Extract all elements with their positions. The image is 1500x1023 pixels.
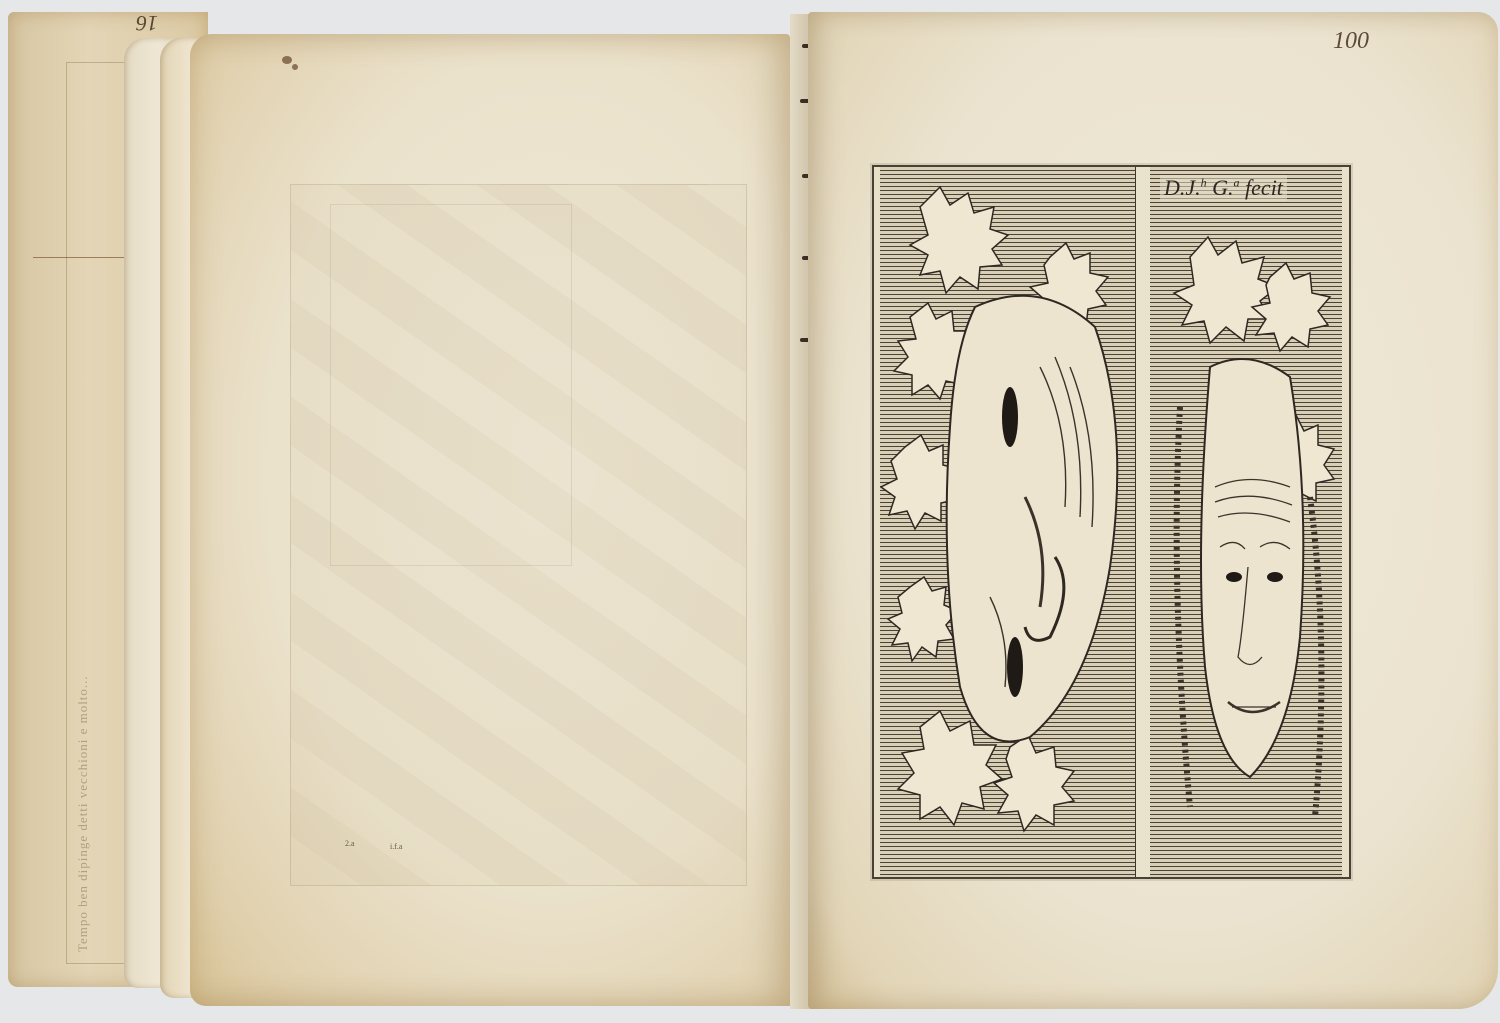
signature-superscript: a <box>1234 176 1240 190</box>
plate-mark: i.f.a <box>390 842 402 851</box>
handwritten-page-number-right: 100 <box>1333 28 1369 55</box>
right-panel-smiling-face: D.J.h G.a fecit <box>1150 167 1342 877</box>
plate-mark: 2.a <box>345 839 355 848</box>
signature-fecit: fecit <box>1245 175 1283 200</box>
engraver-signature: D.J.h G.a fecit <box>1160 175 1287 201</box>
ink-stain <box>292 64 298 70</box>
bleed-through-detail <box>330 204 572 566</box>
smiling-face-illustration <box>1150 167 1342 877</box>
inverted-face-illustration <box>880 167 1135 877</box>
handwritten-page-number-left: 16 <box>136 10 158 36</box>
etching-plate: D.J.h G.a fecit <box>872 165 1351 879</box>
signature-initials: D.J. <box>1164 175 1201 200</box>
signature-middle: G. <box>1212 175 1233 200</box>
left-page: 2.a i.f.a <box>190 34 790 1006</box>
ink-stain <box>282 56 292 64</box>
signature-superscript: h <box>1201 176 1207 190</box>
left-panel-inverted-face <box>880 167 1135 877</box>
